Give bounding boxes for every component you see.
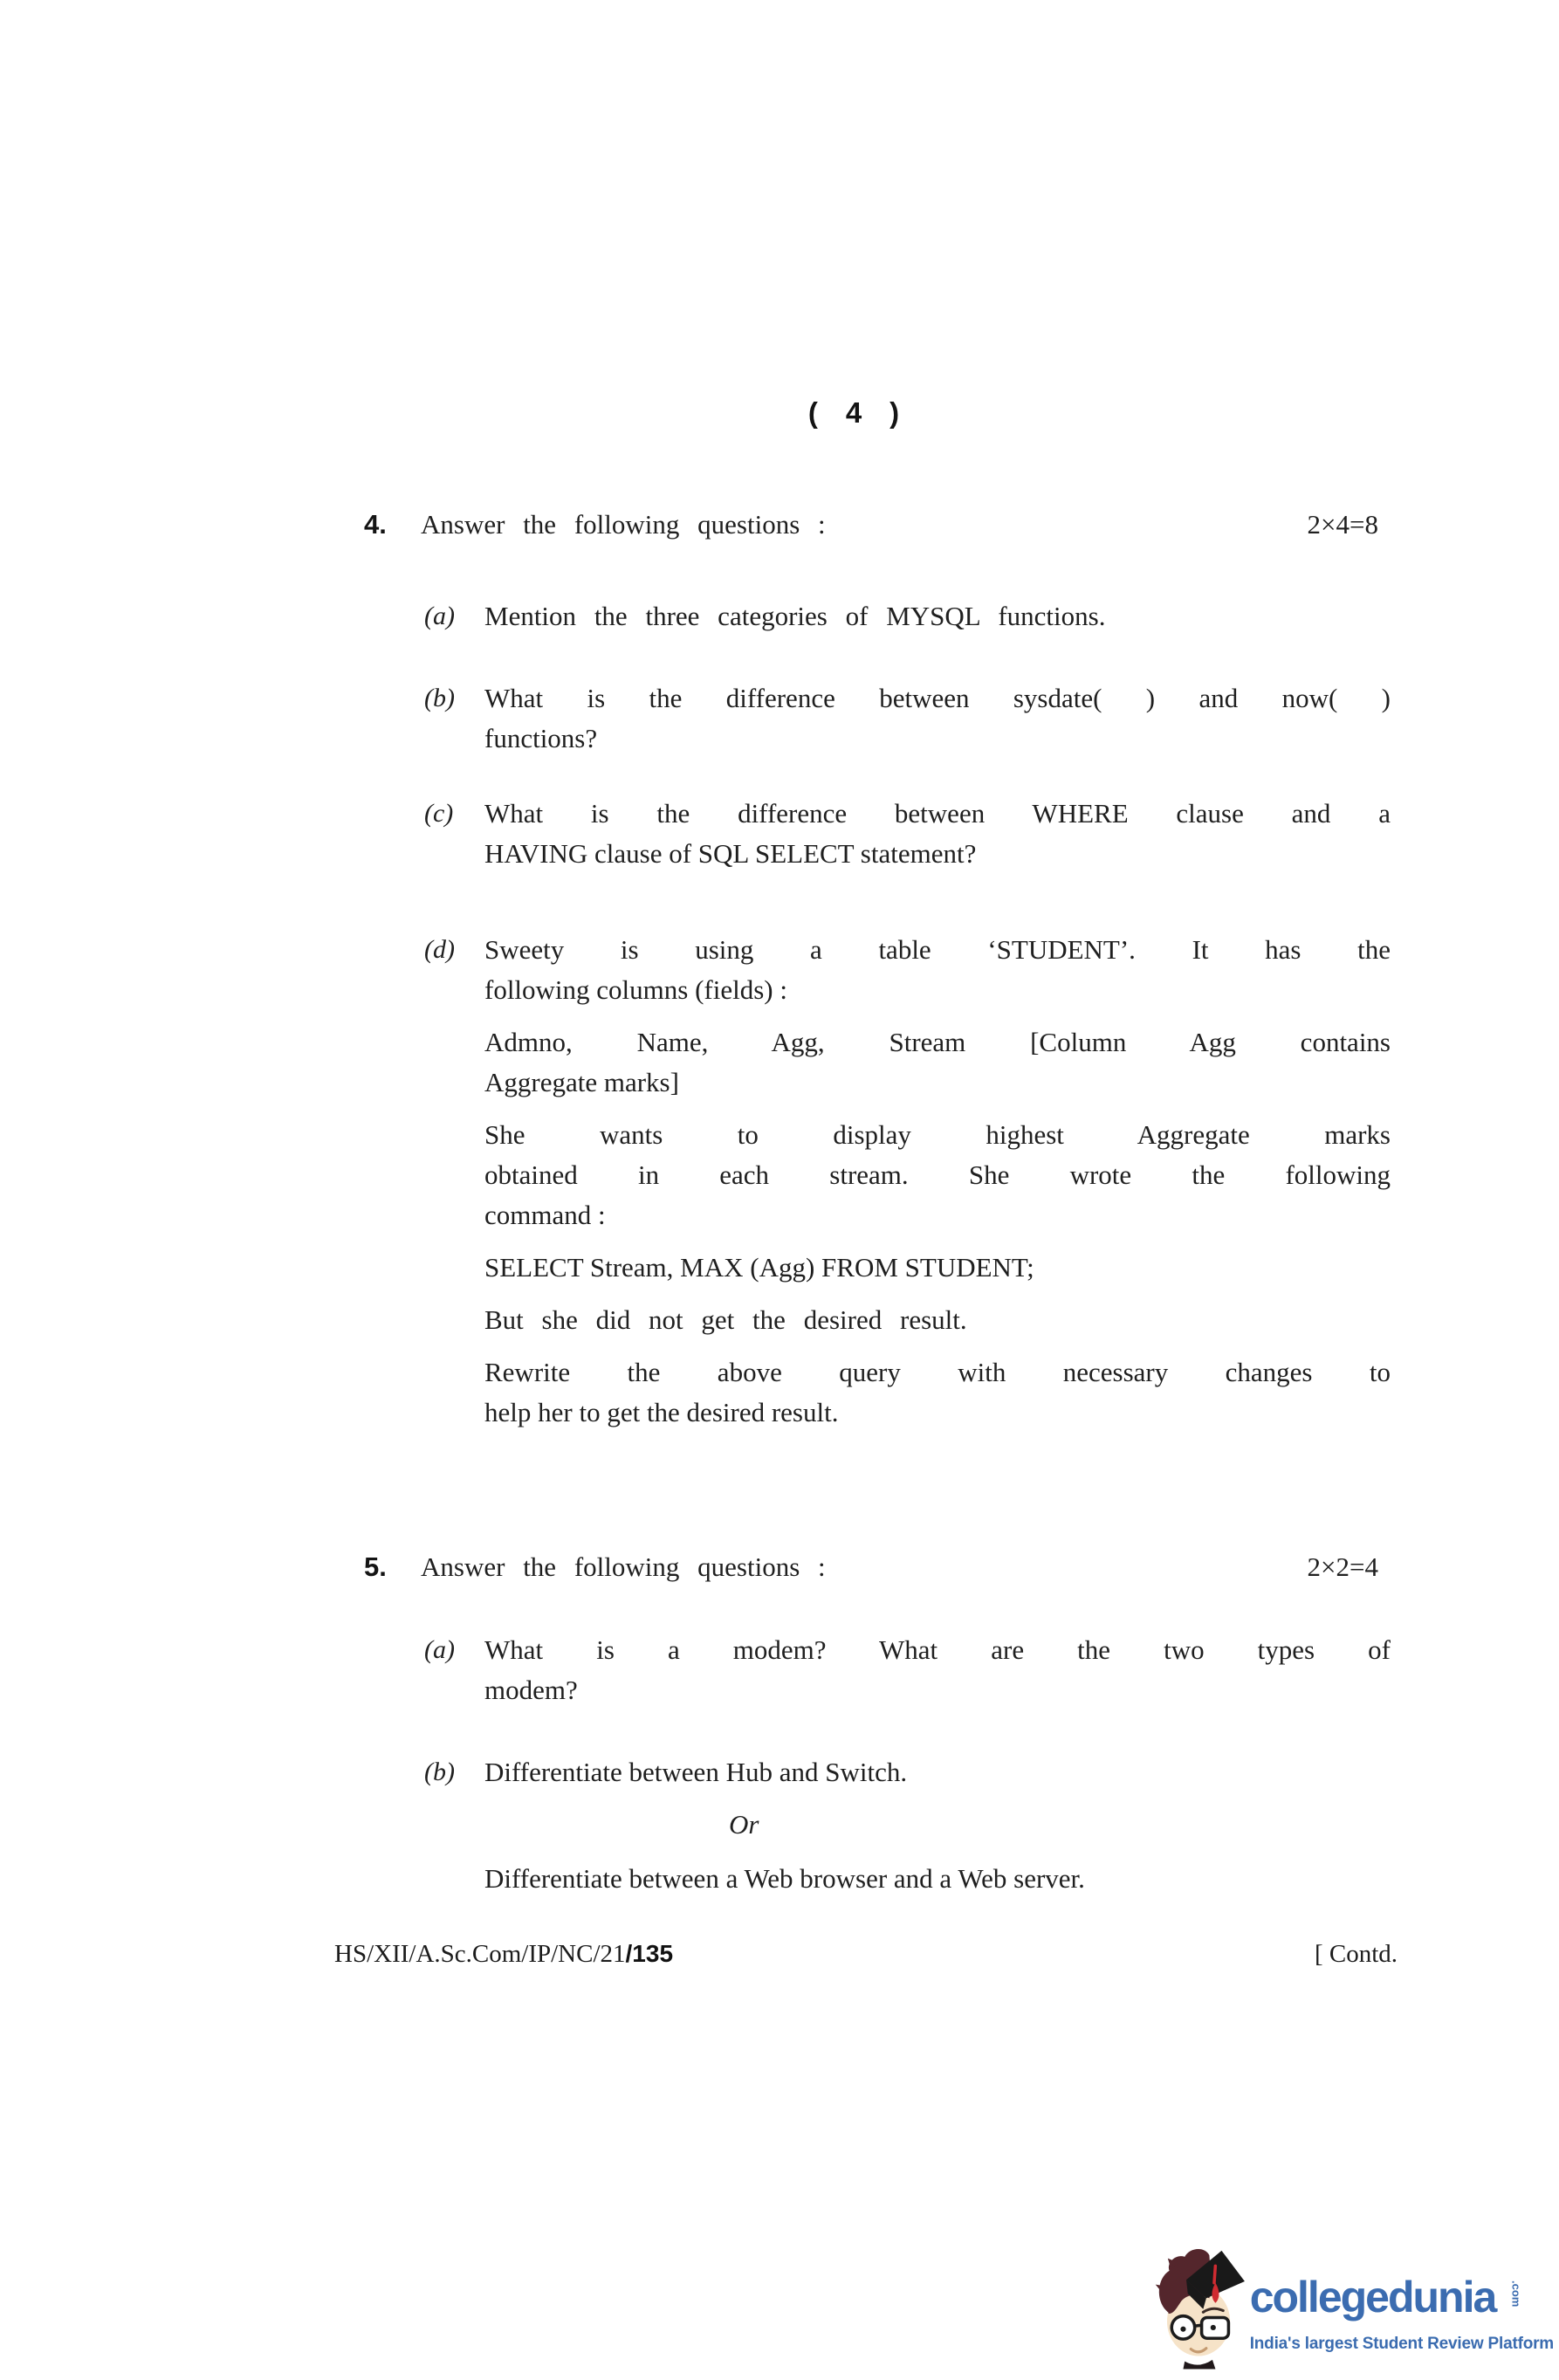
part-d-paragraph-requirement: She wants to display highest Aggregate m… [484, 1115, 1391, 1235]
text-line: What is the difference between sysdate( … [484, 678, 1391, 719]
text-line: Mention the three categories of MYSQL fu… [484, 596, 1391, 636]
text-line: Differentiate between a Web browser and … [484, 1859, 1391, 1899]
text-line: functions? [484, 719, 1391, 759]
paper-code-bold: /135 [626, 1940, 674, 1967]
text-line: obtained in each stream. She wrote the f… [484, 1155, 1391, 1195]
collegedunia-mascot-icon [1154, 2239, 1247, 2377]
contd-note: [ Contd. [1315, 1936, 1398, 1971]
text-line: Rewrite the above query with necessary c… [484, 1352, 1391, 1393]
part-label: (b) [424, 678, 484, 719]
exam-page: ( 4 ) 4. Answer the following questions … [0, 0, 1559, 2380]
part-label: (a) [424, 1630, 484, 1670]
part-label: (a) [424, 596, 484, 636]
text-line: help her to get the desired result. [484, 1393, 1391, 1433]
text-line: Sweety is using a table ‘STUDENT’. It ha… [484, 930, 1391, 970]
part-d-paragraph-columns: Admno, Name, Agg, Stream [Column Agg con… [484, 1022, 1391, 1103]
part-label: (c) [424, 794, 484, 834]
question-number: 5. [364, 1547, 421, 1587]
question-5-header: 5. Answer the following questions : 2×2=… [364, 1547, 1391, 1587]
paper-code-regular: HS/XII/A.Sc.Com/IP/NC/21 [334, 1940, 626, 1968]
page-footer: HS/XII/A.Sc.Com/IP/NC/21/135 [ Contd. [334, 1936, 1398, 1971]
logo-brand-text: collegedunia [1250, 2275, 1496, 2319]
question-4-part-b: (b) What is the difference between sysda… [424, 678, 1391, 759]
text-line: She wants to display highest Aggregate m… [484, 1115, 1391, 1155]
or-separator: Or [484, 1805, 1559, 1845]
question-marks: 2×2=4 [1308, 1547, 1391, 1587]
logo-tagline: India's largest Student Review Platform [1250, 2324, 1554, 2364]
text-line: SELECT Stream, MAX (Agg) FROM STUDENT; [484, 1248, 1391, 1288]
logo-text-block: collegedunia .com India's largest Studen… [1250, 2275, 1554, 2364]
question-title: Answer the following questions : [421, 505, 826, 545]
collegedunia-logo: collegedunia .com India's largest Studen… [1154, 2239, 1554, 2377]
part-d-rewrite-task: Rewrite the above query with necessary c… [484, 1352, 1391, 1433]
question-5-part-b: (b) Differentiate between Hub and Switch… [424, 1752, 1391, 1899]
text-line: Admno, Name, Agg, Stream [Column Agg con… [484, 1022, 1391, 1063]
part-d-sql-command: SELECT Stream, MAX (Agg) FROM STUDENT; [484, 1248, 1391, 1288]
part-label: (b) [424, 1752, 484, 1792]
question-4-part-a: (a) Mention the three categories of MYSQ… [424, 596, 1391, 636]
page-number: ( 4 ) [336, 393, 1375, 433]
text-line: Aggregate marks] [484, 1063, 1391, 1103]
text-line: What is a modem? What are the two types … [484, 1630, 1391, 1670]
part-d-result-note: But she did not get the desired result. [484, 1300, 1391, 1340]
question-title: Answer the following questions : [421, 1547, 826, 1587]
text-line: But she did not get the desired result. [484, 1300, 1391, 1340]
question-marks: 2×4=8 [1308, 505, 1391, 545]
logo-tld-text: .com [1495, 2280, 1535, 2307]
paper-code: HS/XII/A.Sc.Com/IP/NC/21/135 [334, 1936, 673, 1971]
text-line: What is the difference between WHERE cla… [484, 794, 1391, 834]
text-line: HAVING clause of SQL SELECT statement? [484, 834, 1391, 874]
text-line: modem? [484, 1670, 1391, 1710]
question-5-part-a: (a) What is a modem? What are the two ty… [424, 1630, 1391, 1710]
part-label: (d) [424, 930, 484, 970]
question-number: 4. [364, 505, 421, 545]
text-line: Differentiate between Hub and Switch. [484, 1752, 1391, 1792]
question-4-header: 4. Answer the following questions : 2×4=… [364, 505, 1391, 545]
text-line: following columns (fields) : [484, 970, 1391, 1010]
text-line: command : [484, 1195, 1391, 1235]
question-4-part-c: (c) What is the difference between WHERE… [424, 794, 1391, 874]
question-4-part-d: (d) Sweety is using a table ‘STUDENT’. I… [424, 930, 1391, 1433]
